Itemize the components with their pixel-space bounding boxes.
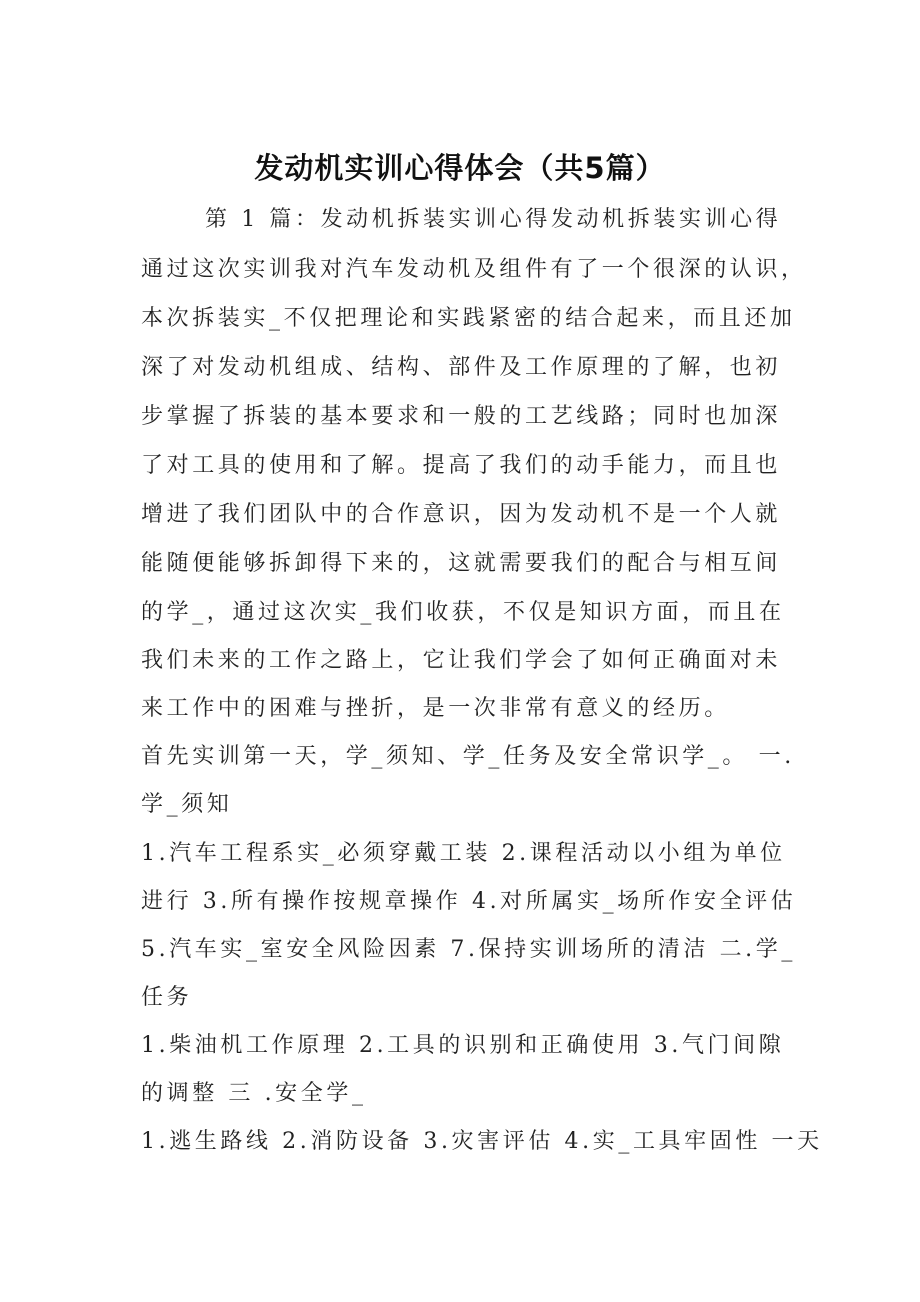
paragraph-line: 了对工具的使用和了解。提高了我们的动手能力，而且也 xyxy=(141,448,781,479)
document-page: 发动机实训心得体会（共5篇） 第 1 篇：发动机拆装实训心得发动机拆装实训心得通… xyxy=(0,0,920,1302)
paragraph-line: 的学_，通过这次实_我们收获，不仅是知识方面，而且在 xyxy=(141,595,785,626)
paragraph-line: 5.汽车实_室安全风险因素 7.保持实训场所的清洁 二.学_ xyxy=(141,932,796,963)
paragraph-line: 步掌握了拆装的基本要求和一般的工艺线路；同时也加深 xyxy=(141,399,781,430)
paragraph-line: 我们未来的工作之路上，它让我们学会了如何正确面对未 xyxy=(141,643,781,674)
paragraph-line: 任务 xyxy=(141,980,192,1011)
paragraph-line: 本次拆装实_不仅把理论和实践紧密的结合起来，而且还加 xyxy=(141,301,796,332)
document-title: 发动机实训心得体会（共5篇） xyxy=(0,146,920,187)
paragraph-line: 进行 3.所有操作按规章操作 4.对所属实_场所作安全评估 xyxy=(141,884,796,915)
paragraph-line: 来工作中的困难与挫折，是一次非常有意义的经历。 xyxy=(141,691,730,722)
paragraph-line: 的调整 三 .安全学_ xyxy=(141,1076,367,1107)
paragraph-line: 深了对发动机组成、结构、部件及工作原理的了解，也初 xyxy=(141,350,781,381)
paragraph-line: 通过这次实训我对汽车发动机及组件有了一个很深的认识， xyxy=(141,252,807,283)
section-heading: 第 1 篇：发动机拆装实训心得发动机拆装实训心得 xyxy=(205,202,781,233)
paragraph-line: 首先实训第一天，学_须知、学_任务及安全常识学_。 一. xyxy=(141,739,795,770)
paragraph-line: 能随便能够拆卸得下来的，这就需要我们的配合与相互间 xyxy=(141,546,781,577)
paragraph-line: 1.逃生路线 2.消防设备 3.灾害评估 4.实_工具牢固性 一天 xyxy=(141,1124,823,1155)
paragraph-line: 1.柴油机工作原理 2.工具的识别和正确使用 3.气门间隙 xyxy=(141,1028,784,1059)
paragraph-line: 学_须知 xyxy=(141,787,232,818)
paragraph-line: 1.汽车工程系实_必须穿戴工装 2.课程活动以小组为单位 xyxy=(141,836,786,867)
paragraph-line: 增进了我们团队中的合作意识，因为发动机不是一个人就 xyxy=(141,497,781,528)
